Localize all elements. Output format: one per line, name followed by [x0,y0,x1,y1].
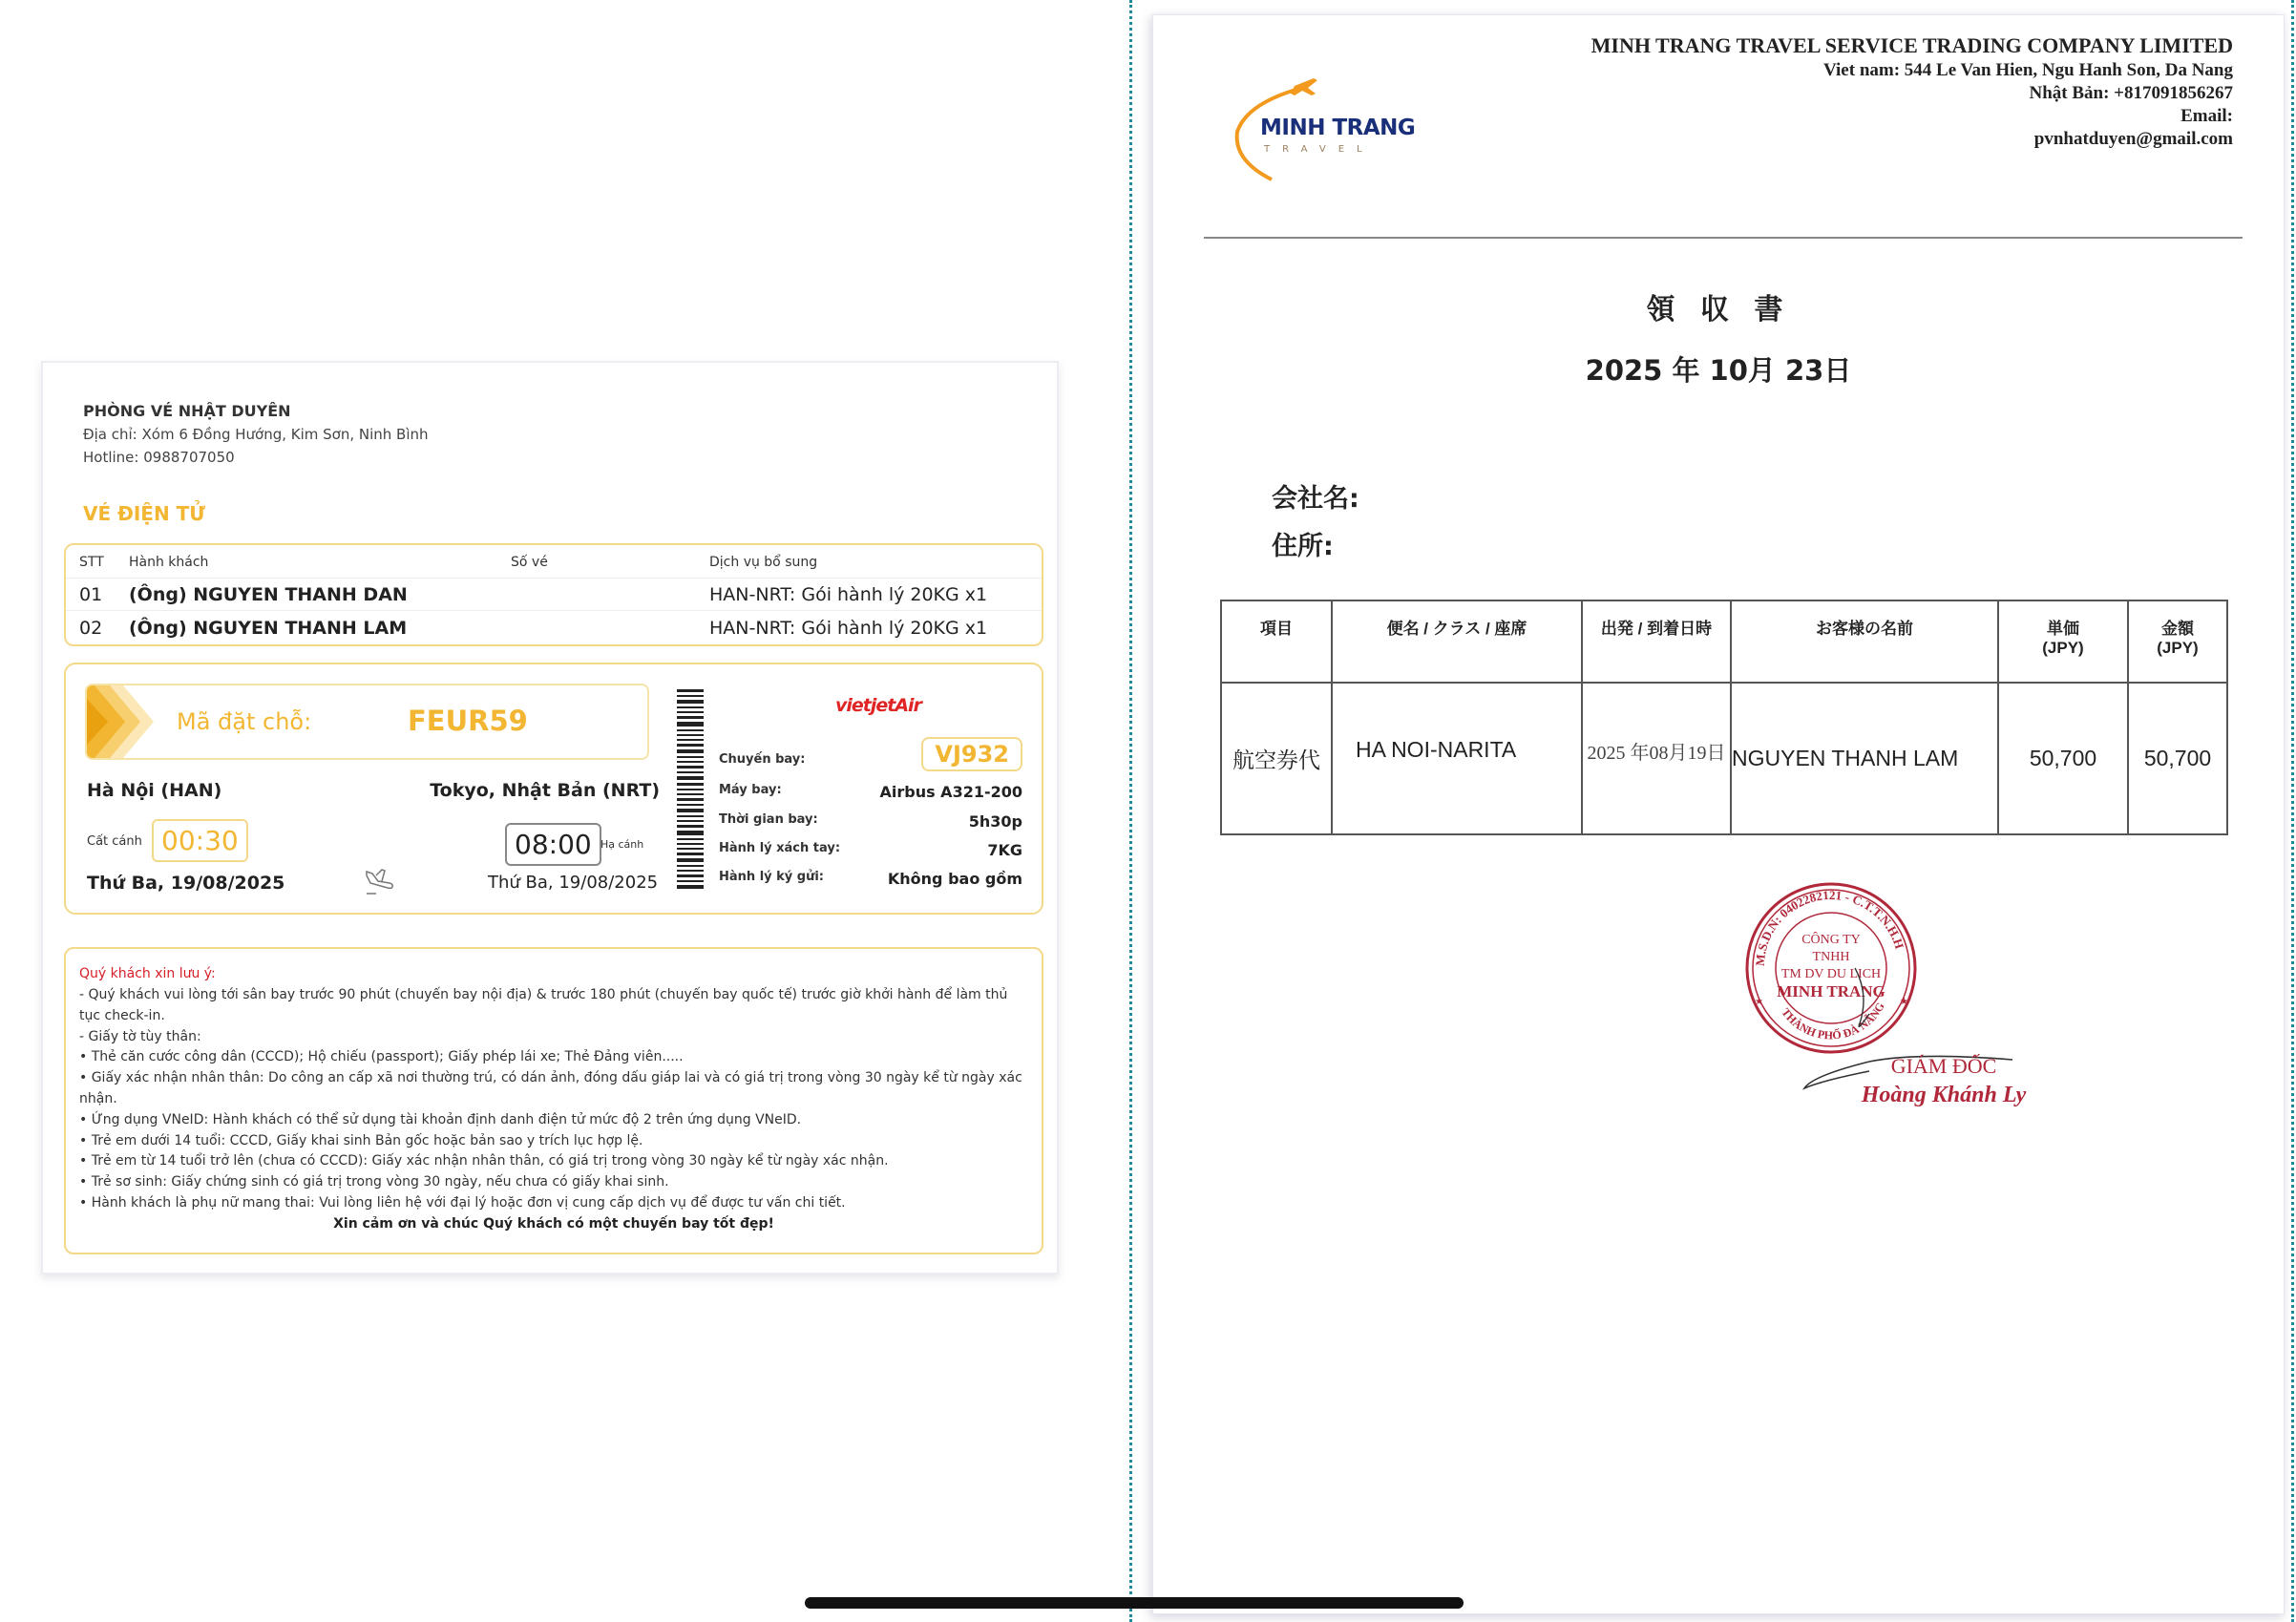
depart-label: Cất cánh [87,834,142,849]
receipt-page: MINH TRANG TRAVEL MINH TRANG TRAVEL SERV… [1152,14,2285,1614]
note-line: • Ứng dụng VNeID: Hành khách có thể sử d… [79,1110,1028,1131]
signer-name: Hoàng Khánh Ly [1861,1083,2027,1107]
header-extra-service: Dịch vụ bổ sung [709,555,817,570]
passenger-table: STT Hành khách Số vé Dịch vụ bổ sung 01 … [64,543,1043,646]
aircraft-label: Máy bay: [719,783,782,797]
note-line: - Giấy tờ tùy thân: [79,1027,1028,1048]
note-line: • Thẻ căn cước công dân (CCCD); Hộ chiếu… [79,1047,1028,1068]
passenger-table-header: STT Hành khách Số vé Dịch vụ bổ sung [66,547,1042,579]
notes-thanks: Xin cảm ơn và chúc Quý khách có một chuy… [79,1214,1028,1235]
company-logo: MINH TRANG TRAVEL [1228,74,1419,189]
agency-info: PHÒNG VÉ NHẬT DUYÊN Địa chỉ: Xóm 6 Đồng … [83,402,429,466]
plane-landing-icon [363,862,397,896]
stamp-line: TNHH [1813,950,1850,964]
col-amount: 金額 (JPY) [2128,600,2227,683]
passenger-service: HAN-NRT: Gói hành lý 20KG x1 [709,584,987,605]
arrive-date: Thứ Ba, 19/08/2025 [488,873,658,893]
passenger-stt: 02 [79,618,102,639]
svg-text:★: ★ [1900,997,1908,1007]
company-address: Viet nam: 544 Le Van Hien, Ngu Hanh Son,… [1591,60,2233,81]
duration-row: Thời gian bay: 5h30p [719,812,1022,827]
note-line: • Hành khách là phụ nữ mang thai: Vui lò… [79,1193,1028,1214]
row-amount: 50,700 [2128,683,2227,834]
notes-box: Quý khách xin lưu ý: - Quý khách vui lòn… [64,947,1043,1254]
header-stt: STT [79,555,104,570]
note-line: • Trẻ em từ 14 tuổi trở lên (chưa có CCC… [79,1151,1028,1172]
table-row: 02 (Ông) NGUYEN THANH LAM HAN-NRT: Gói h… [66,613,1042,643]
booking-card: Mã đặt chỗ: FEUR59 Hà Nội (HAN) Tokyo, N… [64,663,1043,915]
checked-baggage-row: Hành lý ký gửi: Không bao gồm [719,870,1022,884]
stamp-line: CÔNG TY [1801,931,1861,947]
row-route: HA NOI-NARITA [1332,683,1582,834]
passenger-name: (Ông) NGUYEN THANH LAM [129,618,407,639]
table-row: 01 (Ông) NGUYEN THANH DAN HAN-NRT: Gói h… [66,579,1042,611]
col-customer-name: お客様の名前 [1731,600,1998,683]
company-email-label: Email: [1591,106,2233,127]
aircraft-row: Máy bay: Airbus A321-200 [719,783,1022,797]
passenger-service: HAN-NRT: Gói hành lý 20KG x1 [709,618,987,639]
chevron-arrow-icon [87,685,163,758]
logo-sub-text: TRAVEL [1264,144,1375,155]
passenger-name: (Ông) NGUYEN THANH DAN [129,584,408,605]
receipt-table: 項目 便名 / クラス / 座席 出発 / 到着日時 お客様の名前 単価 (JP… [1220,600,2228,835]
company-name-field: 会社名: [1272,477,1359,515]
duration-value: 5h30p [969,812,1022,831]
pnr-box: Mã đặt chỗ: FEUR59 [85,684,649,760]
receipt-date: 2025 年 10月 23日 [1153,349,2284,389]
receipt-title: 領 収 書 [1153,285,2284,327]
page-divider-right [2291,0,2294,1622]
table-row: 航空券代 HA NOI-NARITA 2025 年08月19日 NGUYEN T… [1221,683,2227,834]
agency-name: PHÒNG VÉ NHẬT DUYÊN [83,402,429,420]
depart-date: Thứ Ba, 19/08/2025 [87,873,284,894]
header-ticket-no: Số vé [511,555,548,570]
header-passenger: Hành khách [129,555,208,570]
row-unit-price: 50,700 [1998,683,2128,834]
arrive-time: 08:00 [505,823,601,866]
arrival-city: Tokyo, Nhật Bản (NRT) [430,780,660,801]
notes-title: Quý khách xin lưu ý: [79,966,1028,981]
note-line: • Trẻ em dưới 14 tuổi: CCCD, Giấy khai s… [79,1131,1028,1152]
agency-hotline: Hotline: 0988707050 [83,449,429,466]
company-stamp-signature: M.S.D.N: 0402282121 - C.T.T.N.H.H THÀNH … [1726,880,2032,1128]
col-item: 項目 [1221,600,1332,683]
depart-time: 00:30 [152,819,248,862]
pnr-label: Mã đặt chỗ: [177,708,311,735]
carry-on-label: Hành lý xách tay: [719,841,840,855]
aircraft-value: Airbus A321-200 [879,783,1022,801]
checked-baggage-value: Không bao gồm [888,870,1022,888]
e-ticket-page: PHÒNG VÉ NHẬT DUYÊN Địa chỉ: Xóm 6 Đồng … [41,361,1059,1274]
checked-baggage-label: Hành lý ký gửi: [719,870,824,884]
stamp-line: TM DV DU LỊCH [1781,967,1881,981]
company-name: MINH TRANG TRAVEL SERVICE TRADING COMPAN… [1591,33,2233,58]
note-line: - Quý khách vui lòng tới sân bay trước 9… [79,985,1028,1027]
pnr-code: FEUR59 [408,705,528,737]
flight-label-row: Chuyến bay: [719,752,1022,767]
logo-main-text: MINH TRANG [1260,116,1415,140]
company-header: MINH TRANG TRAVEL SERVICE TRADING COMPAN… [1591,33,2233,150]
svg-text:★: ★ [1755,997,1763,1007]
company-email: pvnhatduyen@gmail.com [1591,129,2233,150]
passenger-stt: 01 [79,584,102,605]
arrive-label: Hạ cánh [600,838,643,851]
flight-label: Chuyến bay: [719,752,805,767]
note-line: • Trẻ sơ sinh: Giấy chứng sinh có giá tr… [79,1172,1028,1193]
carry-on-row: Hành lý xách tay: 7KG [719,841,1022,855]
col-departure-arrival: 出発 / 到着日時 [1582,600,1731,683]
row-item: 航空券代 [1221,683,1332,834]
duration-label: Thời gian bay: [719,812,818,827]
e-ticket-title: VÉ ĐIỆN TỬ [83,502,205,525]
row-datetime: 2025 年08月19日 [1582,683,1731,834]
note-line: • Giấy xác nhận nhân thân: Do công an cấ… [79,1068,1028,1110]
signer-title: GIÁM ĐỐC [1891,1054,1997,1078]
receipt-table-header: 項目 便名 / クラス / 座席 出発 / 到着日時 お客様の名前 単価 (JP… [1221,600,2227,683]
company-phone: Nhật Bản: +817091856267 [1591,83,2233,104]
address-field: 住所: [1272,525,1334,562]
row-customer: NGUYEN THANH LAM [1731,683,1998,834]
header-rule [1204,237,2243,239]
page-divider [1129,0,1132,1622]
vietjet-logo: vietjetAir [835,695,921,716]
carry-on-value: 7KG [987,841,1022,859]
barcode [677,689,704,890]
col-flight-class-seat: 便名 / クラス / 座席 [1332,600,1582,683]
stamp-line: MINH TRANG [1777,982,1885,1001]
departure-city: Hà Nội (HAN) [87,780,221,801]
agency-address: Địa chỉ: Xóm 6 Đồng Hướng, Kim Sơn, Ninh… [83,426,429,443]
col-unit-price: 単価 (JPY) [1998,600,2128,683]
home-indicator[interactable] [805,1597,1464,1609]
